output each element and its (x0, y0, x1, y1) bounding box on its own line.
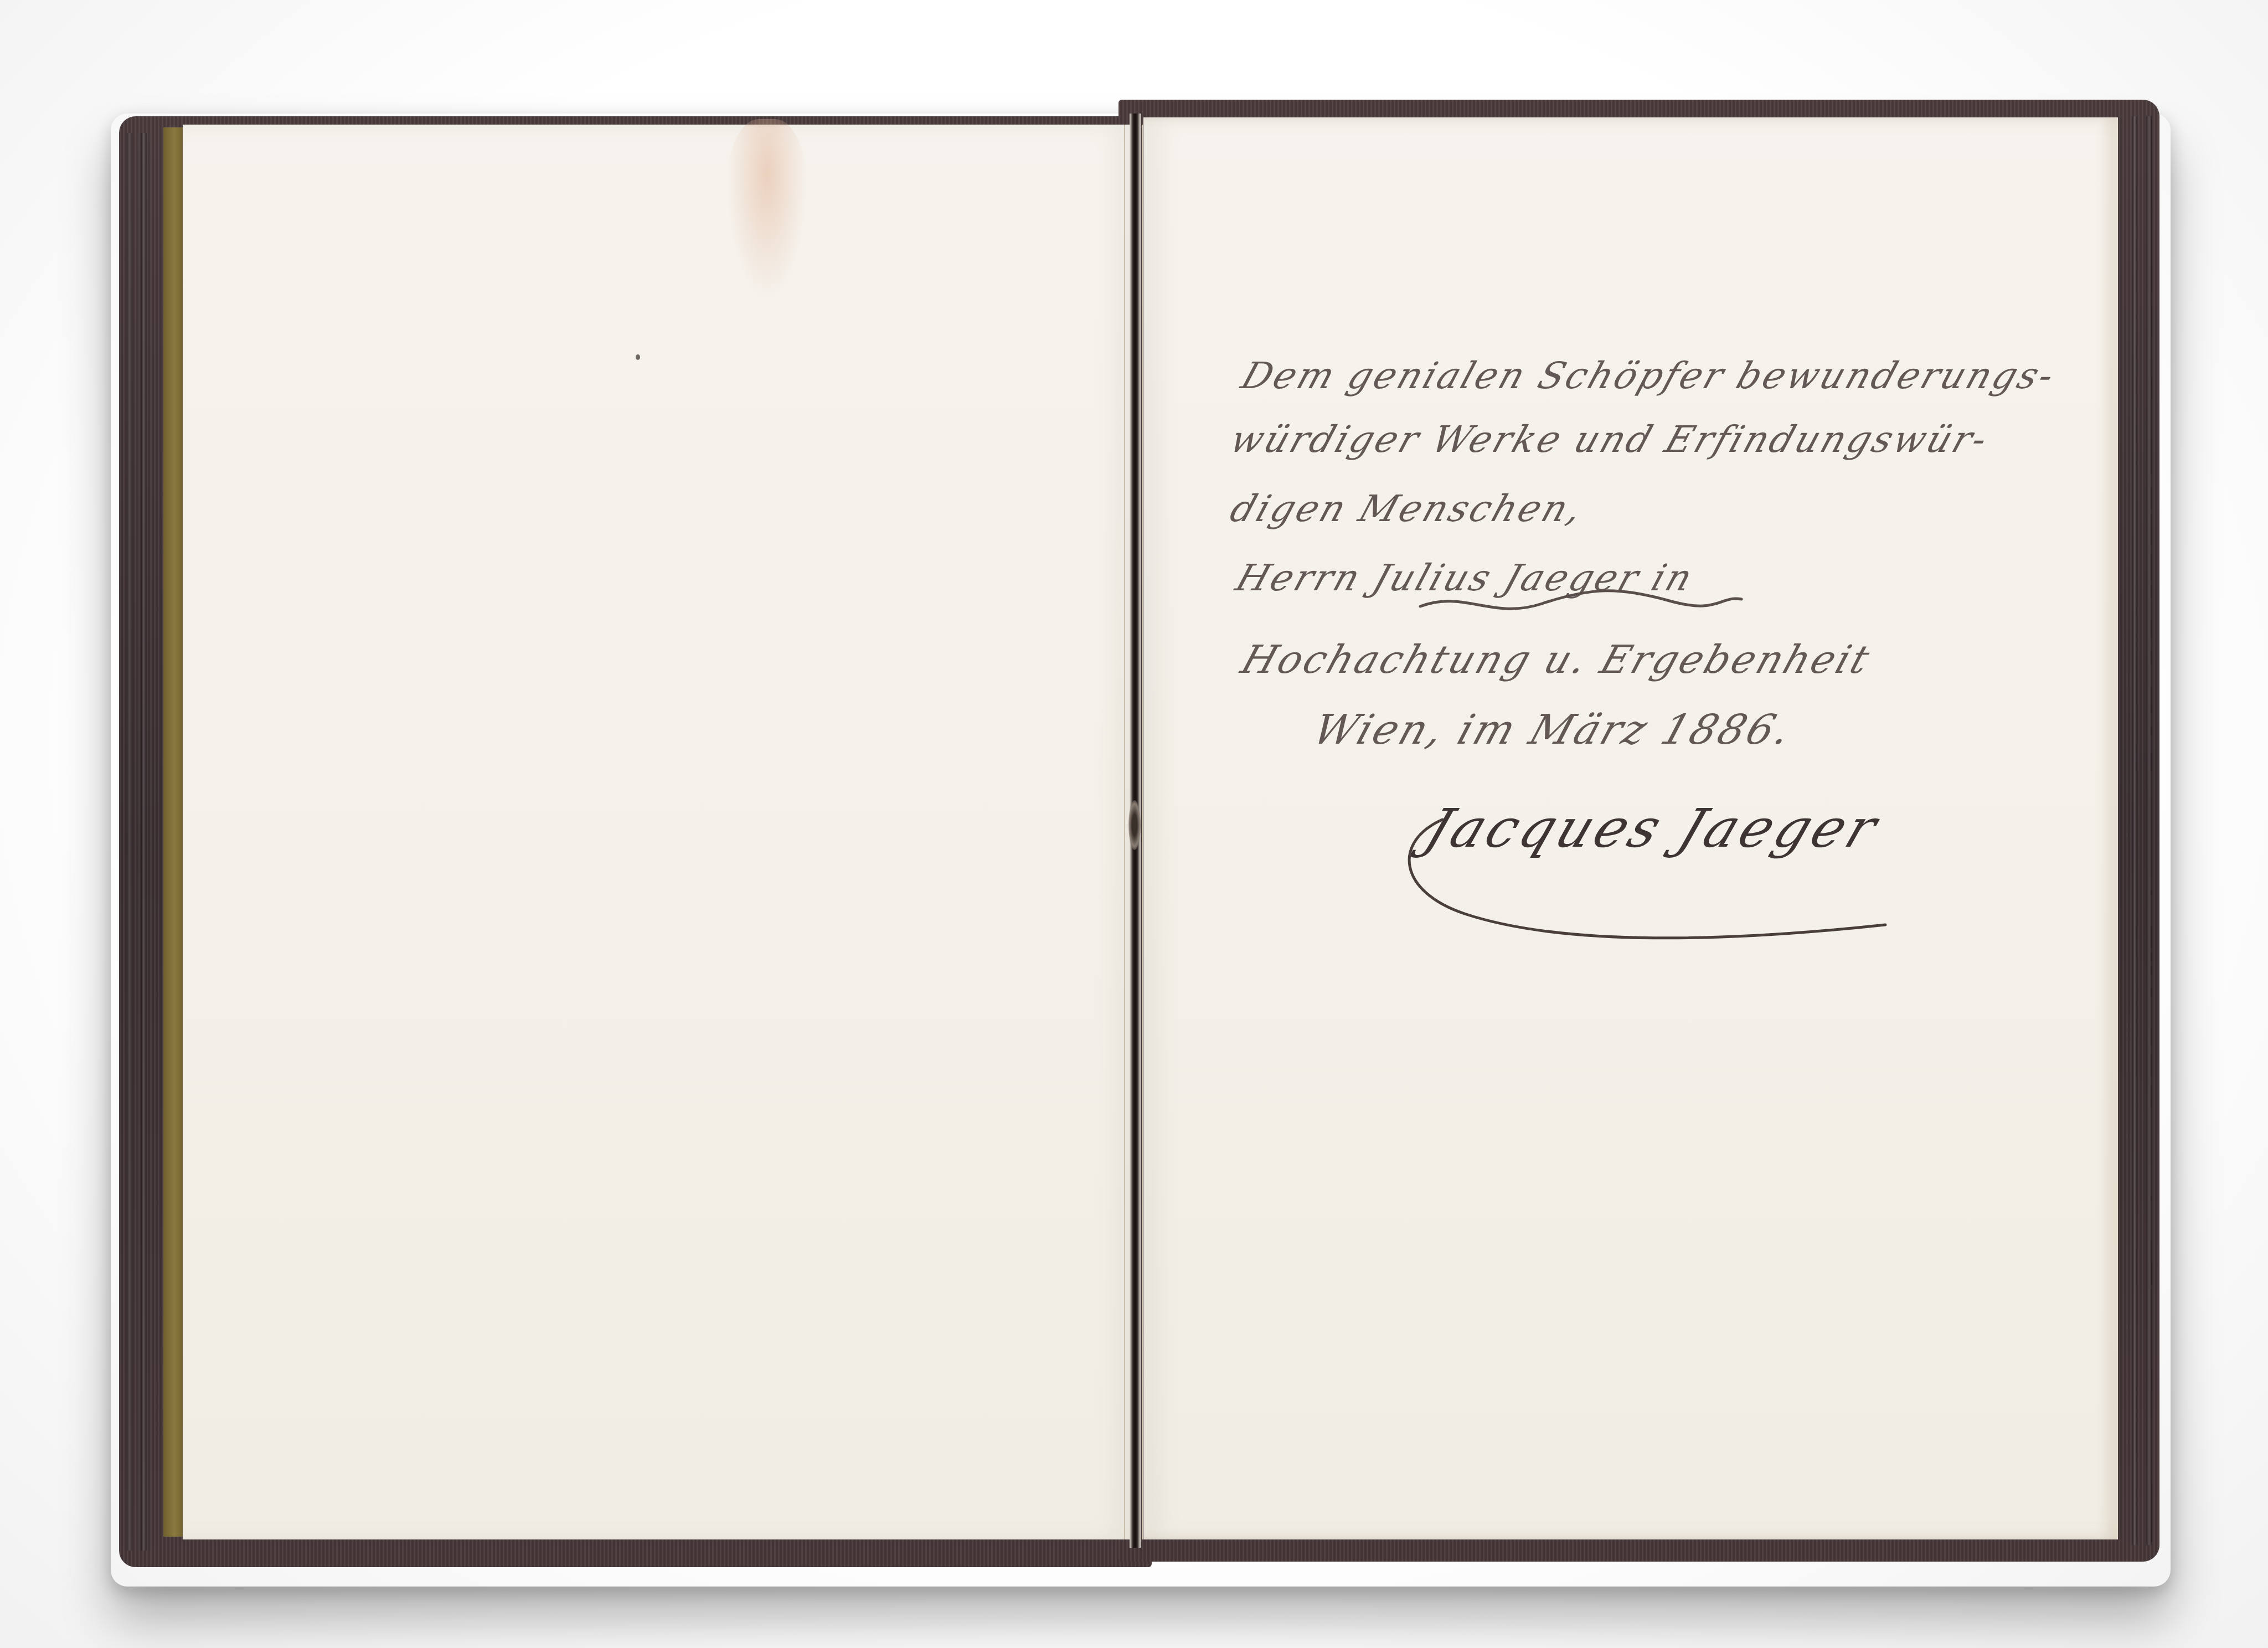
paper-speck (636, 354, 640, 360)
gutter-fold-line (1124, 125, 1125, 1539)
cover-edge-rib (2132, 116, 2137, 1545)
paper-stain (725, 119, 808, 302)
left-page (183, 125, 1132, 1539)
gutter-fold-line (1142, 125, 1143, 1539)
handwritten-inscription: Dem genialen Schöpfer bewunderungs- würd… (1232, 343, 2096, 1008)
gutter-tear (1128, 800, 1141, 850)
cover-edge-rib (141, 133, 147, 1551)
cover-edge-rib (2146, 116, 2152, 1545)
signature-flourish-icon (1232, 343, 2096, 1008)
cover-edge-rib (127, 133, 132, 1551)
endpaper-liner-gilt (163, 127, 185, 1537)
